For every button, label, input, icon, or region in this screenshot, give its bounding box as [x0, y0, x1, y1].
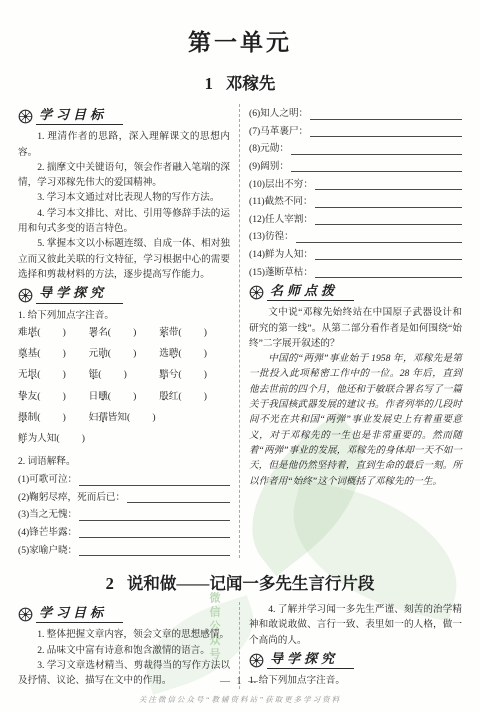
answer-blank [296, 242, 462, 243]
word-explain-row: (9)阔别： [249, 157, 462, 175]
answer-blank [291, 171, 462, 172]
dotted-character: 挚 [18, 391, 28, 402]
pinyin-word-item: 难堪( ) [18, 325, 89, 340]
pinyin-word: 奠基 [18, 348, 37, 359]
word-explain-label: (10)层出不穷： [249, 177, 313, 192]
word-explain-row: (15)蓬断草枯： [249, 262, 462, 280]
objective-item: 3. 学习本文通过对比表现人物的写作方法。 [18, 190, 230, 205]
pinyin-word: 署名 [89, 327, 108, 338]
word-explain-label: (11)截然不同： [249, 194, 313, 209]
answer-bracket: ( ) [108, 327, 138, 338]
pinyin-word-item: 妇孺皆知( ) [89, 410, 157, 425]
pinyin-exercise-grid: 难堪( )署名( )萦带( )奠基( )元勋( )选聘( )无垠( )铤( )黯… [18, 324, 230, 452]
pinyin-word-item: 摄制( ) [18, 410, 89, 425]
word-explain-row: (10)层出不穷： [249, 174, 462, 192]
pinyin-word-item: 萦带( ) [159, 325, 230, 340]
pinyin-word-item: 奠基( ) [18, 346, 89, 361]
word-explain-label: (5)家喻户晓： [18, 543, 77, 558]
pinyin-word: 无垠 [18, 369, 37, 380]
pinyin-word: 摄制 [18, 412, 37, 423]
answer-blank [315, 207, 462, 208]
lesson2-objectives-list-right: 4. 了解并学习闻一多先生严谨、刻苦的治学精神和敢说敢做、言行一致、表里如一的人… [249, 602, 462, 648]
objective-item: 1. 理清作者的思路，深入理解课文的思想内容。 [18, 129, 230, 160]
word-explain-row: (8)元勋： [249, 139, 462, 157]
objective-item: 2. 品味文中富有诗意和饱含激情的语言。 [18, 643, 230, 658]
word-explain-row: (4)锋芒毕露： [18, 523, 230, 541]
flower-stamp-icon [18, 288, 33, 303]
answer-bracket: ( ) [37, 391, 67, 402]
pinyin-word: 殷红 [159, 391, 178, 402]
answer-blank [310, 136, 462, 137]
answer-bracket: ( ) [178, 348, 208, 359]
lesson2-number: 2 [106, 574, 114, 593]
lesson2-name: 说和做——记闻一多先生言行片段 [127, 574, 375, 593]
word-explain-row: (2)鞠躬尽瘁，死而后已： [18, 488, 230, 506]
word-explain-row: (3)当之无愧： [18, 505, 230, 523]
pinyin-word: 鲜为人知 [18, 433, 56, 444]
answer-blank [79, 485, 230, 486]
pinyin-word-item: 选聘( ) [159, 346, 230, 361]
word-explanations-1-5: (1)可歌可泣：(2)鞠躬尽瘁，死而后已：(3)当之无愧：(4)锋芒毕露：(5)… [18, 470, 230, 558]
lesson2-title: 2说和做——记闻一多先生言行片段 [18, 570, 462, 594]
pinyin-word: 日曛 [89, 391, 108, 402]
dotted-character: 孺 [98, 412, 108, 423]
answer-bracket: ( ) [178, 391, 208, 402]
section-header-learning-objectives: 学习目标 [18, 107, 230, 125]
answer-blank [127, 502, 230, 503]
answer-blank [315, 189, 462, 190]
answer-bracket: ( ) [37, 412, 67, 423]
unit-title: 第一单元 [18, 24, 462, 57]
flower-stamp-icon [18, 109, 33, 124]
word-explain-row: (7)马革裹尸： [249, 122, 462, 140]
pinyin-word-item: 元勋( ) [89, 346, 160, 361]
section-title: 学习目标 [36, 107, 123, 125]
lesson1-left-column: 学习目标 1. 理清作者的思路，深入理解课文的思想内容。2. 揣摩文中关键语句，… [18, 104, 240, 558]
section-title: 名师点拨 [267, 283, 354, 301]
word-explain-label: (1)可歌可泣： [18, 472, 77, 487]
word-explain-label: (15)蓬断草枯： [249, 265, 313, 280]
lesson1-name: 邓稼先 [226, 74, 276, 93]
word-explain-label: (7)马革裹尸： [249, 124, 308, 139]
dotted-character: 聘 [169, 348, 179, 359]
exercise1-label: 1. 给下列加点字注音。 [18, 308, 230, 323]
word-explain-label: (6)知人之明： [249, 106, 308, 121]
pinyin-word-item: 铤( ) [89, 367, 160, 382]
pinyin-word-item: 殷红( ) [159, 389, 230, 404]
word-explain-label: (9)阔别： [249, 159, 289, 174]
answer-blank [291, 154, 462, 155]
objective-item: 4. 学习本文排比、对比、引用等修辞手法的运用和句式多变的语言特色。 [18, 206, 230, 237]
textbook-page: 微信公众号 第一单元 1邓稼先 学习目标 1. 理清作者的思路，深入理解课文的思… [0, 0, 480, 713]
word-explanations-6-15: (6)知人之明：(7)马革裹尸：(8)元勋：(9)阔别：(10)层出不穷：(11… [249, 104, 462, 280]
pinyin-word-item: 挚友( ) [18, 389, 89, 404]
dotted-character: 黯 [159, 369, 169, 380]
page-number: — 1 — [0, 676, 480, 687]
answer-bracket: ( ) [108, 391, 138, 402]
word-explain-label: (3)当之无愧： [18, 507, 77, 522]
teacher-tip-paragraph: 文中说“邓稼先始终站在中国原子武器设计和研究的第一线”。从第二部分看作者是如何围… [249, 305, 462, 351]
answer-blank [315, 259, 462, 260]
pinyin-word: 元勋 [89, 348, 108, 359]
answer-blank [79, 520, 230, 521]
pinyin-word-item: 无垠( ) [18, 367, 89, 382]
pinyin-row: 鲜为人知( ) [18, 430, 230, 451]
dotted-character: 勋 [98, 348, 108, 359]
dotted-character: 垠 [28, 369, 38, 380]
pinyin-word-item: 署名( ) [89, 325, 160, 340]
teacher-tip-paragraph: 中国的“两弹”事业始于 1958 年，邓稼先是第一批投入此项秘密工作中的一位。2… [249, 351, 462, 489]
pinyin-row: 无垠( )铤( )黯兮( ) [18, 366, 230, 387]
section-header-guided-exploration: 导学探究 [18, 285, 230, 303]
dotted-character: 殷 [159, 391, 169, 402]
answer-bracket: ( ) [98, 369, 128, 380]
word-explain-label: (13)彷徨： [249, 229, 294, 244]
answer-bracket: ( ) [127, 412, 157, 423]
answer-blank [315, 224, 462, 225]
pinyin-word-item: 黯兮( ) [159, 367, 230, 382]
section-header-learning-objectives-2: 学习目标 [18, 605, 230, 623]
dotted-character: 萦 [159, 327, 169, 338]
pinyin-word: 黯兮 [159, 369, 178, 380]
dotted-character: 堪 [28, 327, 38, 338]
section-header-guided-exploration-2: 导学探究 [249, 651, 462, 669]
word-explain-label: (12)任人宰割： [249, 212, 313, 227]
flower-stamp-icon [249, 285, 264, 300]
flower-stamp-icon [249, 653, 264, 668]
lesson1-title: 1邓稼先 [18, 70, 462, 94]
dotted-character: 奠 [18, 348, 28, 359]
word-explain-label: (8)元勋： [249, 141, 289, 156]
dotted-character: 摄 [18, 412, 28, 423]
answer-bracket: ( ) [178, 369, 208, 380]
pinyin-row: 难堪( )署名( )萦带( ) [18, 324, 230, 345]
pinyin-word-item: 日曛( ) [89, 389, 160, 404]
word-explain-label: (2)鞠躬尽瘁，死而后已： [18, 490, 125, 505]
pinyin-word: 难堪 [18, 327, 37, 338]
answer-bracket: ( ) [37, 327, 67, 338]
answer-blank [315, 277, 462, 278]
answer-blank [79, 555, 230, 556]
objective-item: 5. 掌握本文以小标题连缀、自成一体、相对独立而又彼此关联的行文特征，学习根据中… [18, 236, 230, 282]
word-explain-row: (13)彷徨： [249, 227, 462, 245]
word-explain-label: (14)鲜为人知： [249, 247, 313, 262]
word-explain-row: (1)可歌可泣： [18, 470, 230, 488]
section-title: 导学探究 [267, 651, 354, 669]
answer-bracket: ( ) [178, 327, 208, 338]
pinyin-row: 挚友( )日曛( )殷红( ) [18, 388, 230, 409]
lesson1-two-column-area: 学习目标 1. 理清作者的思路，深入理解课文的思想内容。2. 揣摩文中关键语句，… [18, 104, 462, 558]
answer-bracket: ( ) [108, 348, 138, 359]
pinyin-word: 选聘 [159, 348, 178, 359]
dotted-character: 铤 [89, 369, 99, 380]
pinyin-word: 妇孺皆知 [89, 412, 127, 423]
answer-bracket: ( ) [56, 433, 86, 444]
word-explain-row: (5)家喻户晓： [18, 540, 230, 558]
objective-item: 1. 整体把握文章内容，领会文章的思想感情。 [18, 627, 230, 642]
dotted-character: 鲜 [18, 433, 28, 444]
word-explain-row: (11)截然不同： [249, 192, 462, 210]
dotted-character: 署 [89, 327, 99, 338]
answer-blank [79, 537, 230, 538]
lesson1-right-column: (6)知人之明：(7)马革裹尸：(8)元勋：(9)阔别：(10)层出不穷：(11… [240, 104, 462, 558]
word-explain-row: (14)鲜为人知： [249, 245, 462, 263]
word-explain-row: (12)任人宰割： [249, 210, 462, 228]
pinyin-word: 萦带 [159, 327, 178, 338]
answer-bracket: ( ) [37, 369, 67, 380]
section-title: 学习目标 [36, 605, 123, 623]
lesson1-number: 1 [205, 74, 213, 93]
page-content: 第一单元 1邓稼先 学习目标 1. 理清作者的思路，深入理解课文的思想内容。2.… [0, 0, 480, 689]
teacher-tips-paragraphs: 文中说“邓稼先始终站在中国原子武器设计和研究的第一线”。从第二部分看作者是如何围… [249, 305, 462, 489]
answer-blank [310, 119, 462, 120]
exercise2-label: 2. 词语解释。 [18, 454, 230, 469]
section-title: 导学探究 [36, 285, 123, 303]
pinyin-word: 铤 [89, 369, 99, 380]
flower-stamp-icon [18, 607, 33, 622]
pinyin-row: 奠基( )元勋( )选聘( ) [18, 345, 230, 366]
objective-item: 4. 了解并学习闻一多先生严谨、刻苦的治学精神和敢说敢做、言行一致、表里如一的人… [249, 602, 462, 648]
dotted-character: 曛 [98, 391, 108, 402]
section-header-teacher-tips: 名师点拨 [249, 283, 462, 301]
answer-bracket: ( ) [37, 348, 67, 359]
pinyin-word-item: 鲜为人知( ) [18, 431, 86, 446]
lesson1-objectives-list: 1. 理清作者的思路，深入理解课文的思想内容。2. 揣摩文中关键语句，领会作者融… [18, 129, 230, 282]
objective-item: 2. 揣摩文中关键语句，领会作者融入笔端的深情，学习邓稼先伟大的爱国精神。 [18, 160, 230, 191]
word-explain-row: (6)知人之明： [249, 104, 462, 122]
pinyin-word: 挚友 [18, 391, 37, 402]
word-explain-label: (4)锋芒毕露： [18, 525, 77, 540]
footer-watermark-note: 关注微信公众号“教辅资料站”获取更多学习资料 [0, 694, 480, 705]
pinyin-row: 摄制( )妇孺皆知( ) [18, 409, 230, 430]
